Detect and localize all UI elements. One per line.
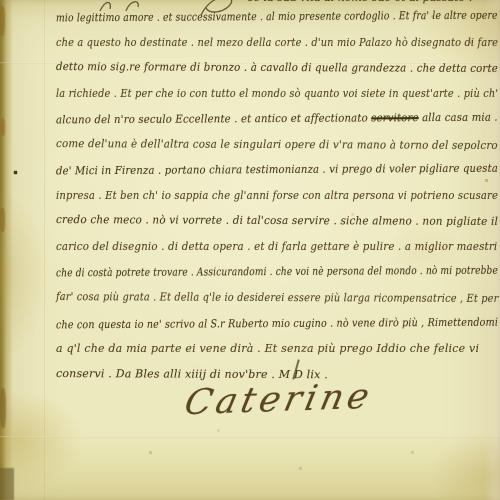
paper-edge-stain — [1, 118, 5, 136]
manuscript-page: se la sua vita al nome suo et al passato… — [0, 0, 500, 500]
letter-line: inpresa . Et ben ch' io sappia che gl'an… — [56, 183, 500, 209]
letter-line: de' Mici in Firenza . portano chiara tes… — [56, 156, 500, 184]
letter-line-text: alcuno del n'ro seculo Eccellente . et a… — [56, 112, 371, 127]
paper-edge-stain — [0, 208, 5, 232]
fold-line-horizontal-lower — [0, 436, 500, 438]
letter-line: a q'l che da mia parte ei vene dirà . Et… — [56, 336, 500, 362]
letter-line-text: alla casa mia . — [419, 111, 498, 124]
letter-line: che con questa io ne' scrivo al S.r Rube… — [56, 309, 500, 337]
letter-line: che di costà potrete trovare . Assicuran… — [56, 258, 500, 286]
signature: Caterine — [181, 377, 377, 423]
letter-line: far' cosa più grata . Et della q'le io d… — [56, 284, 500, 311]
letter-line: come del'una è dell'altra cosa le singul… — [56, 131, 500, 158]
letter-text-block: mio legittimo amore . et successivamente… — [56, 4, 500, 387]
paper-edge-stain — [0, 6, 5, 36]
struck-word: servitore — [371, 111, 419, 124]
letter-line: carico del disegnio . di detta opera . e… — [56, 234, 500, 260]
letter-line: che a questo ho destinate . nel mezo del… — [56, 30, 500, 56]
letter-line: credo che meco . nò vi vorrete . di tal'… — [56, 207, 500, 234]
paper-corner-stain — [0, 468, 14, 500]
ink-specks — [0, 0, 1, 1]
letter-line: alcuno del n'ro seculo Eccellente . et a… — [56, 105, 500, 133]
letter-line: detto mio sig.re formare di bronzo . à c… — [56, 54, 500, 81]
letter-line: la richiede . Et per che io con tutto el… — [56, 81, 500, 107]
paper-edge-stain — [0, 388, 6, 428]
letter-line: mio legittimo amore . et successivamente… — [56, 3, 500, 31]
fold-line-vertical — [44, 0, 45, 500]
